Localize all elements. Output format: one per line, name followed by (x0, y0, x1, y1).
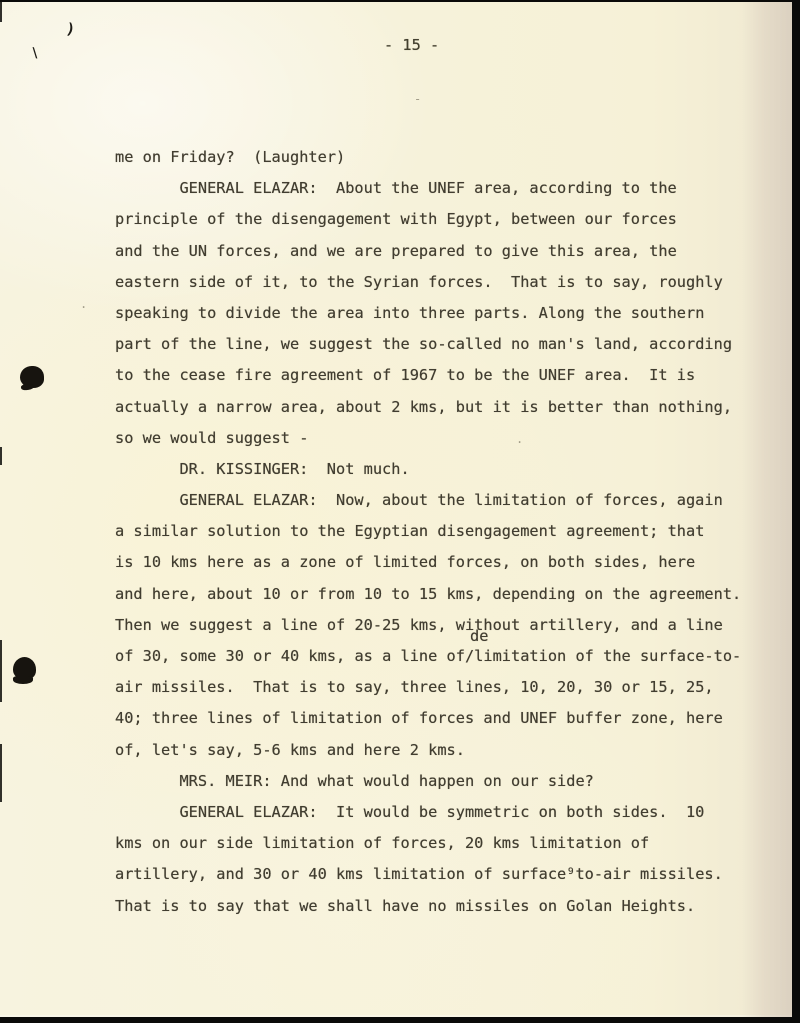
body-text: me on Friday? (Laughter)GENERAL ELAZAR: … (115, 142, 775, 922)
text-line: actually a narrow area, about 2 kms, but… (115, 392, 775, 423)
text-line: a similar solution to the Egyptian disen… (115, 516, 775, 547)
text-line: kms on our side limitation of forces, 20… (115, 828, 775, 859)
hole-punch-mark (20, 366, 44, 388)
text-line: so we would suggest - (115, 423, 775, 454)
scanned-document-page: ) \ - . . - 15 - me on Friday? (Laughter… (0, 0, 800, 1023)
scan-edge-artifact (0, 640, 2, 702)
text-line: Then we suggest a line of 20-25 kms, wit… (115, 610, 775, 641)
text-line: artillery, and 30 or 40 kms limitation o… (115, 859, 775, 890)
text-line: part of the line, we suggest the so-call… (115, 329, 775, 360)
text-line: principle of the disengagement with Egyp… (115, 204, 775, 235)
hole-punch-mark (13, 657, 36, 680)
text-line: is 10 kms here as a zone of limited forc… (115, 547, 775, 578)
text-line: GENERAL ELAZAR: About the UNEF area, acc… (115, 173, 775, 204)
stray-ink-mark: \ (30, 46, 40, 62)
text-line: me on Friday? (Laughter) (115, 142, 775, 173)
text-line: to the cease fire agreement of 1967 to b… (115, 360, 775, 391)
text-line: GENERAL ELAZAR: It would be symmetric on… (115, 797, 775, 828)
text-line: and here, about 10 or from 10 to 15 kms,… (115, 579, 775, 610)
interlinear-insertion: de (470, 621, 488, 652)
text-line: air missiles. That is to say, three line… (115, 672, 775, 703)
text-line: eastern side of it, to the Syrian forces… (115, 267, 775, 298)
paper-speck: - (414, 92, 421, 106)
stray-ink-mark: ) (65, 19, 77, 38)
text-line: GENERAL ELAZAR: Now, about the limitatio… (115, 485, 775, 516)
paper-speck: . (80, 297, 87, 311)
text-line: DR. KISSINGER: Not much. (115, 454, 775, 485)
paper-sheet: ) \ - . . - 15 - me on Friday? (Laughter… (0, 2, 792, 1017)
text-line: 40; three lines of limitation of forces … (115, 703, 775, 734)
text-line: of 30, some 30 or 40 kms, as a line of/l… (115, 641, 775, 672)
scan-edge-artifact (0, 447, 2, 465)
text-line: of, let's say, 5-6 kms and here 2 kms. (115, 735, 775, 766)
scan-edge-artifact (0, 744, 2, 802)
scan-edge-artifact (0, 2, 2, 22)
text-line: MRS. MEIR: And what would happen on our … (115, 766, 775, 797)
page-number: - 15 - (384, 30, 439, 61)
text-line: speaking to divide the area into three p… (115, 298, 775, 329)
text-line: That is to say that we shall have no mis… (115, 891, 775, 922)
text-line: and the UN forces, and we are prepared t… (115, 236, 775, 267)
